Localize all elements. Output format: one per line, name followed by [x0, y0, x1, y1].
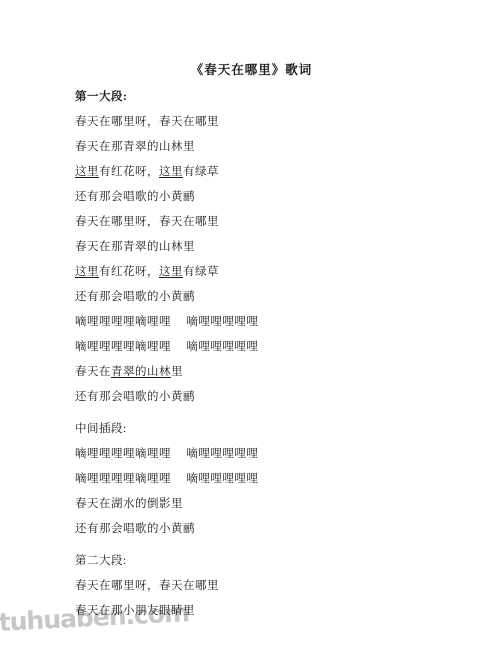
lyric-text: 嘀哩哩哩哩嘀哩哩 嘀哩哩哩哩哩 — [75, 341, 258, 353]
lyric-text: 嘀哩哩哩哩嘀哩哩 嘀哩哩哩哩哩 — [75, 316, 258, 328]
lyric-text: 还有那会唱歌的小黄鹂 — [75, 391, 195, 403]
lyrics-body: 第一大段:春天在哪里呀，春天在哪里春天在那青翠的山林里这里有红花呀，这里有绿草还… — [75, 90, 428, 619]
lyric-line: 春天在那小朋友眼睛里 — [75, 604, 428, 619]
section-header: 第二大段: — [75, 554, 428, 569]
lyric-text: 还有那会唱歌的小黄鹂 — [75, 523, 195, 535]
lyric-line: 还有那会唱歌的小黄鹂 — [75, 522, 428, 537]
lyric-line: 春天在湖水的倒影里 — [75, 497, 428, 512]
lyric-text: 春天在哪里呀，春天在哪里 — [75, 216, 219, 228]
lyric-line: 嘀哩哩哩哩嘀哩哩 嘀哩哩哩哩哩 — [75, 340, 428, 355]
lyric-text: 春天在那小朋友眼睛里 — [75, 605, 195, 617]
lyric-text: 里 — [171, 366, 183, 378]
lyric-text: 有红花呀， — [99, 166, 159, 178]
underlined-text: 这里 — [75, 266, 99, 278]
lyric-text: 嘀哩哩哩哩嘀哩哩 嘀哩哩哩哩哩 — [75, 473, 258, 485]
lyric-text: 嘀哩哩哩哩嘀哩哩 嘀哩哩哩哩哩 — [75, 448, 258, 460]
lyric-text: 春天在哪里呀，春天在哪里 — [75, 580, 219, 592]
section-header: 第一大段: — [75, 90, 428, 105]
underlined-text: 这里 — [75, 166, 99, 178]
lyric-text: 春天在 — [75, 366, 111, 378]
document-content: 《春天在哪里》歌词 第一大段:春天在哪里呀，春天在哪里春天在那青翠的山林里这里有… — [0, 0, 500, 619]
lyric-text: 第二大段: — [75, 555, 127, 567]
lyric-text: 春天在那青翠的山林里 — [75, 241, 195, 253]
lyric-text: 有绿草 — [183, 266, 219, 278]
lyric-text: 有红花呀， — [99, 266, 159, 278]
lyric-text: 还有那会唱歌的小黄鹂 — [75, 291, 195, 303]
lyric-text: 还有那会唱歌的小黄鹂 — [75, 191, 195, 203]
lyric-line: 春天在青翠的山林里 — [75, 365, 428, 380]
lyric-line: 这里有红花呀，这里有绿草 — [75, 265, 428, 280]
lyric-line: 春天在哪里呀，春天在哪里 — [75, 579, 428, 594]
lyric-text: 第一大段: — [75, 91, 127, 103]
lyric-line: 春天在那青翠的山林里 — [75, 240, 428, 255]
lyric-text: 中间插段: — [75, 423, 127, 435]
lyric-line: 春天在哪里呀，春天在哪里 — [75, 215, 428, 230]
lyric-line: 嘀哩哩哩哩嘀哩哩 嘀哩哩哩哩哩 — [75, 447, 428, 462]
lyric-line: 嘀哩哩哩哩嘀哩哩 嘀哩哩哩哩哩 — [75, 472, 428, 487]
lyric-line: 春天在那青翠的山林里 — [75, 140, 428, 155]
lyric-text: 春天在哪里呀，春天在哪里 — [75, 116, 219, 128]
lyric-text: 春天在湖水的倒影里 — [75, 498, 183, 510]
lyric-line: 嘀哩哩哩哩嘀哩哩 嘀哩哩哩哩哩 — [75, 315, 428, 330]
lyric-line: 还有那会唱歌的小黄鹂 — [75, 190, 428, 205]
document-title: 《春天在哪里》歌词 — [75, 62, 428, 78]
lyrics-document: tuhuaben.com 《春天在哪里》歌词 第一大段:春天在哪里呀，春天在哪里… — [0, 0, 500, 648]
lyric-line: 还有那会唱歌的小黄鹂 — [75, 290, 428, 305]
lyric-line: 春天在哪里呀，春天在哪里 — [75, 115, 428, 130]
underlined-text: 青翠的山林 — [111, 366, 171, 378]
underlined-text: 这里 — [159, 166, 183, 178]
lyric-line: 还有那会唱歌的小黄鹂 — [75, 390, 428, 405]
section-header: 中间插段: — [75, 422, 428, 437]
underlined-text: 这里 — [159, 266, 183, 278]
lyric-text: 有绿草 — [183, 166, 219, 178]
lyric-text: 春天在那青翠的山林里 — [75, 141, 195, 153]
lyric-line: 这里有红花呀，这里有绿草 — [75, 165, 428, 180]
